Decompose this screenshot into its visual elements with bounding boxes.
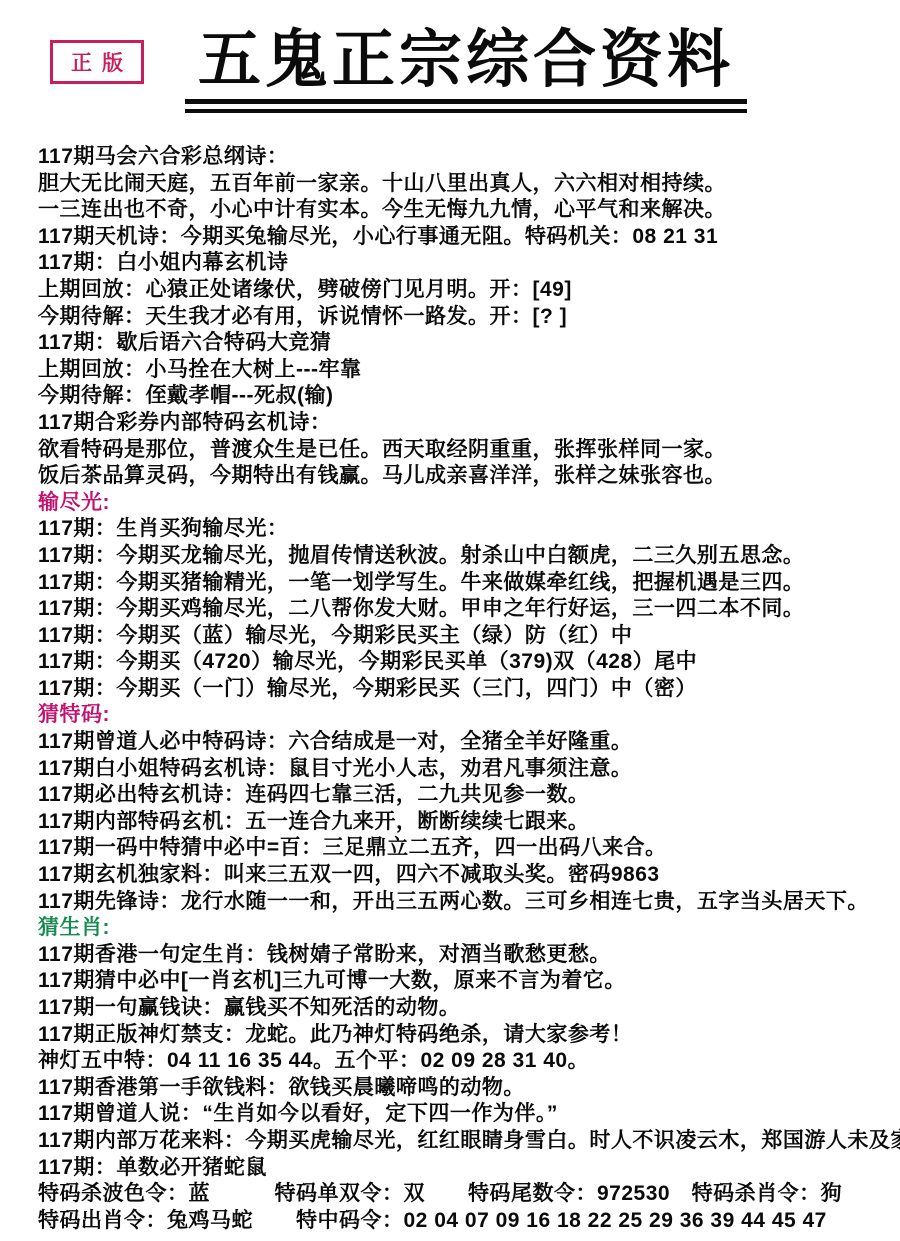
page-title: 五鬼正宗综合资料 [185, 22, 747, 98]
text-line: 117期内部万花来料：今期买虎输尽光，红红眼睛身雪白。时人不识凌云木，郑国游人未… [38, 1128, 883, 1155]
authentic-badge: 正版 [50, 40, 144, 84]
text-line: 117期天机诗：今期买兔输尽光，小心行事通无阻。特码机关：08 21 31 [38, 224, 883, 251]
text-line: 上期回放：心猿正处诸缘伏，劈破傍门见月明。开：[49] [38, 277, 883, 304]
text-line: 117期内部特码玄机：五一连合九来开，断断续续七跟来。 [38, 809, 883, 836]
text-line: 117期香港一句定生肖：钱树婧子常盼来，对酒当歌愁更愁。 [38, 942, 883, 969]
text-line: 今期待解：侄戴孝帽---死叔(输) [38, 383, 883, 410]
text-line: 117期先锋诗：龙行水随一一和，开出三五两心数。三可乡相连七贵，五字当头居天下。 [38, 889, 883, 916]
text-line: 一三连出也不奇，小心中计有实本。今生无悔九九情，心平气和来解决。 [38, 197, 883, 224]
text-line: 117期：歇后语六合特码大竞猜 [38, 330, 883, 357]
text-line: 117期曾道人说：“生肖如今以看好，定下四一作为伴。” [38, 1101, 883, 1128]
text-line: 神灯五中特：04 11 16 35 44。五个平：02 09 28 31 40。 [38, 1048, 883, 1075]
text-line: 117期正版神灯禁支：龙蛇。此乃神灯特码绝杀，请大家参考！ [38, 1022, 883, 1049]
text-line: 117期马会六合彩总纲诗： [38, 144, 883, 171]
text-line: 饭后茶品算灵码，今期特出有钱赢。马儿成亲喜洋洋，张样之妹张容也。 [38, 463, 883, 490]
text-line: 特码出肖令：兔鸡马蛇 特中码令：02 04 07 09 16 18 22 25 … [38, 1208, 883, 1235]
text-line: 117期合彩券内部特码玄机诗： [38, 410, 883, 437]
text-line: 117期：今期买猪输精光，一笔一划学写生。牛来做媒牵红线，把握机遇是三四。 [38, 570, 883, 597]
text-line: 特码杀波色令：蓝 特码单双令：双 特码尾数令：972530 特码杀肖令：狗 [38, 1181, 883, 1208]
text-line: 117期：今期买（一门）输尽光，今期彩民买（三门，四门）中（密） [38, 676, 883, 703]
text-line: 117期猜中必中[一肖玄机]三九可博一大数，原来不言为着它。 [38, 968, 883, 995]
title-underline [185, 99, 747, 113]
text-line: 117期玄机独家料：叫来三五双一四，四六不减取头奖。密码9863 [38, 862, 883, 889]
text-line: 117期白小姐特码玄机诗：鼠目寸光小人志，劝君凡事须注意。 [38, 756, 883, 783]
content-body: 117期马会六合彩总纲诗：胆大无比闹天庭，五百年前一家亲。十山八里出真人，六六相… [38, 144, 883, 1234]
text-line: 欲看特码是那位，普渡众生是已任。西天取经阴重重，张挥张样同一家。 [38, 437, 883, 464]
section-heading: 输尽光: [38, 490, 883, 517]
text-line: 117期：单数必开猪蛇鼠 [38, 1155, 883, 1182]
page-header: 正版 五鬼正宗综合资料 [0, 0, 900, 140]
text-line: 117期香港第一手欲钱料：欲钱买晨曦啼鸣的动物。 [38, 1075, 883, 1102]
title-block: 五鬼正宗综合资料 [185, 22, 747, 113]
text-line: 117期：今期买鸡输尽光，二八帮你发大财。甲申之年行好运，三一四二本不同。 [38, 596, 883, 623]
text-line: 117期一句赢钱诀：赢钱买不知死活的动物。 [38, 995, 883, 1022]
text-line: 117期：白小姐内幕玄机诗 [38, 250, 883, 277]
section-heading: 猜生肖: [38, 915, 883, 942]
text-line: 胆大无比闹天庭，五百年前一家亲。十山八里出真人，六六相对相持续。 [38, 171, 883, 198]
text-line: 117期：今期买（蓝）输尽光，今期彩民买主（绿）防（红）中 [38, 623, 883, 650]
text-line: 117期一码中特猜中必中=百：三足鼎立二五齐，四一出码八来合。 [38, 835, 883, 862]
text-line: 117期曾道人必中特码诗：六合结成是一对，全猪全羊好隆重。 [38, 729, 883, 756]
text-line: 今期待解：天生我才必有用，诉说情怀一路发。开：[? ] [38, 304, 883, 331]
text-line: 117期：今期买龙输尽光，抛眉传情送秋波。射杀山中白额虎，二三久别五思念。 [38, 543, 883, 570]
text-line: 117期：生肖买狗输尽光： [38, 516, 883, 543]
text-line: 上期回放：小马拴在大树上---牢靠 [38, 357, 883, 384]
section-heading: 猜特码: [38, 702, 883, 729]
text-line: 117期必出特玄机诗：连码四七靠三活，二九共见参一数。 [38, 782, 883, 809]
text-line: 117期：今期买（4720）输尽光，今期彩民买单（379)双（428）尾中 [38, 649, 883, 676]
